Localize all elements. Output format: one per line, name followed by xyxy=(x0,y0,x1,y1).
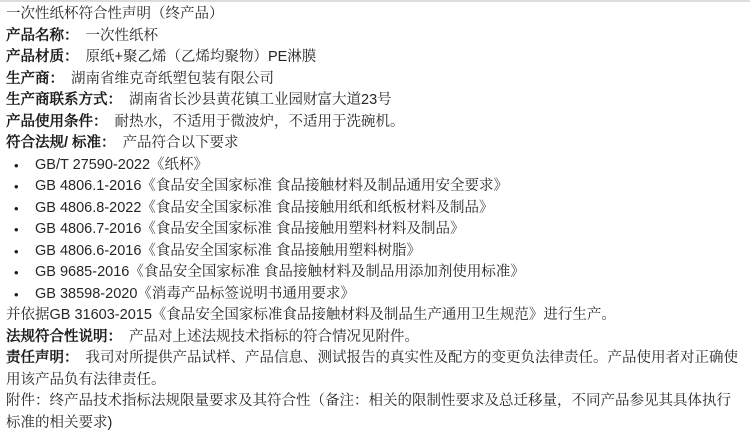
bullet-icon: • xyxy=(14,198,19,220)
field-value: 我司对所提供产品试样、产品信息、测试报告的真实性及配方的变更负法律责任。产品使用… xyxy=(6,350,738,388)
list-item: •GB/T 27590-2022《纸杯》 xyxy=(6,155,740,177)
standard-text: GB 4806.1-2016《食品安全国家标准 食品接触材料及制品通用安全要求》 xyxy=(35,178,508,194)
field-label: 产品使用条件： xyxy=(6,114,108,130)
bullet-icon: • xyxy=(14,155,19,177)
list-item: •GB 4806.1-2016《食品安全国家标准 食品接触材料及制品通用安全要求… xyxy=(6,176,740,198)
standards-list: •GB/T 27590-2022《纸杯》 •GB 4806.1-2016《食品安… xyxy=(6,155,740,306)
field-value: 产品符合以下要求 xyxy=(123,135,239,151)
field-regulations-header: 符合法规/ 标准：产品符合以下要求 xyxy=(6,133,740,155)
field-manufacturer: 生产商：湖南省维克奇纸塑包装有限公司 xyxy=(6,69,740,91)
field-value: 湖南省长沙县黄花镇工业园财富大道23号 xyxy=(129,92,392,108)
list-item: •GB 4806.7-2016《食品安全国家标准 食品接触用塑料材料及制品》 xyxy=(6,219,740,241)
standard-text: GB 4806.7-2016《食品安全国家标准 食品接触用塑料材料及制品》 xyxy=(35,221,464,237)
production-note: 并依据GB 31603-2015《食品安全国家标准食品接触材料及制品生产通用卫生… xyxy=(6,305,740,327)
field-value: 产品对上述法规技术指标的符合情况见附件。 xyxy=(129,329,419,345)
field-product-name: 产品名称：一次性纸杯 xyxy=(6,26,740,48)
bullet-icon: • xyxy=(14,262,19,284)
field-label: 符合法规/ 标准： xyxy=(6,135,116,151)
compliance-statement: 法规符合性说明：产品对上述法规技术指标的符合情况见附件。 xyxy=(6,327,740,349)
field-value: 耐热水，不适用于微波炉，不适用于洗碗机。 xyxy=(115,114,405,130)
list-item: •GB 38598-2020《消毒产品标签说明书通用要求》 xyxy=(6,284,740,306)
bullet-icon: • xyxy=(14,219,19,241)
field-value: 原纸+聚乙烯（乙烯均聚物）PE淋膜 xyxy=(86,49,317,65)
list-item: •GB 4806.6-2016《食品安全国家标准 食品接触用塑料树脂》 xyxy=(6,241,740,263)
field-label: 产品材质： xyxy=(6,49,79,65)
field-label: 法规符合性说明： xyxy=(6,329,122,345)
conformity-declaration-document: 一次性纸杯符合性声明（终产品） 产品名称：一次性纸杯 产品材质：原纸+聚乙烯（乙… xyxy=(0,0,750,431)
attachment-note: 附件：终产品技术指标法规限量要求及其符合性（备注：相关的限制性要求及总迁移量，不… xyxy=(6,391,740,431)
field-manufacturer-contact: 生产商联系方式：湖南省长沙县黄花镇工业园财富大道23号 xyxy=(6,90,740,112)
standard-text: GB 38598-2020《消毒产品标签说明书通用要求》 xyxy=(35,286,355,302)
standard-text: GB 4806.8-2022《食品安全国家标准 食品接触用纸和纸板材料及制品》 xyxy=(35,200,493,216)
field-value: 一次性纸杯 xyxy=(86,28,159,44)
standard-text: GB/T 27590-2022《纸杯》 xyxy=(35,157,208,173)
field-label: 责任声明： xyxy=(6,350,79,366)
bullet-icon: • xyxy=(14,176,19,198)
bullet-icon: • xyxy=(14,284,19,306)
liability-statement: 责任声明：我司对所提供产品试样、产品信息、测试报告的真实性及配方的变更负法律责任… xyxy=(6,348,740,391)
list-item: •GB 4806.8-2022《食品安全国家标准 食品接触用纸和纸板材料及制品》 xyxy=(6,198,740,220)
field-label: 生产商联系方式： xyxy=(6,92,122,108)
field-value: 湖南省维克奇纸塑包装有限公司 xyxy=(71,71,274,87)
field-label: 生产商： xyxy=(6,71,64,87)
document-title: 一次性纸杯符合性声明（终产品） xyxy=(6,4,740,26)
standard-text: GB 4806.6-2016《食品安全国家标准 食品接触用塑料树脂》 xyxy=(35,243,421,259)
list-item: •GB 9685-2016《食品安全国家标准 食品接触材料及制品用添加剂使用标准… xyxy=(6,262,740,284)
bullet-icon: • xyxy=(14,241,19,263)
field-usage-conditions: 产品使用条件：耐热水，不适用于微波炉，不适用于洗碗机。 xyxy=(6,112,740,134)
field-label: 产品名称： xyxy=(6,28,79,44)
standard-text: GB 9685-2016《食品安全国家标准 食品接触材料及制品用添加剂使用标准》 xyxy=(35,264,525,280)
field-product-material: 产品材质：原纸+聚乙烯（乙烯均聚物）PE淋膜 xyxy=(6,47,740,69)
